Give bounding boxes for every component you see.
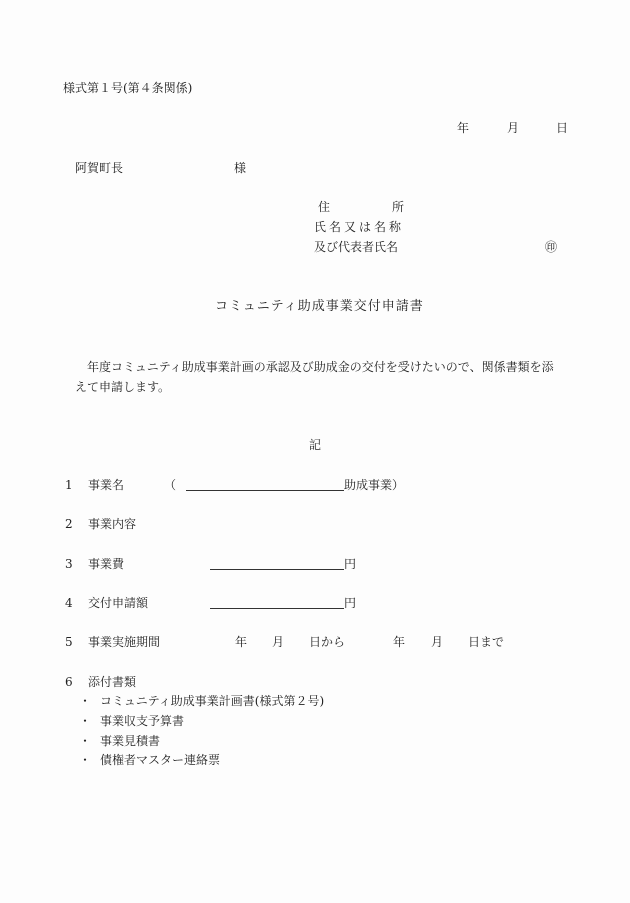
item-5-label: 事業実施期間 <box>88 634 160 650</box>
date-day-label: 日 <box>556 120 568 136</box>
item-5-number: 5 <box>65 634 73 650</box>
bullet-icon: ・ <box>79 733 91 749</box>
addressee-honorific: 様 <box>234 160 246 176</box>
item-1-label: 事業名 <box>88 477 124 493</box>
bullet-icon: ・ <box>79 693 91 709</box>
bullet-icon: ・ <box>79 752 91 768</box>
item-1-open-paren: （ <box>164 477 176 493</box>
ki-label: 記 <box>309 437 321 453</box>
addressee-name: 阿賀町長 <box>75 160 123 176</box>
item-4-label: 交付申請額 <box>88 595 148 611</box>
item-1-number: 1 <box>65 477 73 493</box>
item-4-suffix: 円 <box>344 595 356 611</box>
date-year-label: 年 <box>457 120 469 136</box>
grant-amount-field[interactable] <box>210 608 344 609</box>
project-name-field[interactable] <box>186 490 344 491</box>
item-2-number: 2 <box>65 516 73 532</box>
bullet-icon: ・ <box>79 713 91 729</box>
attachment-item: 事業収支予算書 <box>100 713 184 729</box>
project-cost-field[interactable] <box>210 569 344 570</box>
address-label-1: 住 <box>318 199 330 215</box>
item-2-label: 事業内容 <box>88 516 136 532</box>
item-3-label: 事業費 <box>88 556 124 572</box>
attachment-item: 債権者マスター連絡票 <box>100 752 220 768</box>
period-from-day: 日から <box>309 634 345 650</box>
body-text-line-2: えて申請します。 <box>75 379 170 395</box>
body-text-line-1: 年度コミュニティ助成事業計画の承認及び助成金の交付を受けたいので、関係書類を添 <box>87 359 554 375</box>
attachment-item: コミュニティ助成事業計画書(様式第２号) <box>100 693 324 709</box>
period-to-day: 日まで <box>468 634 504 650</box>
item-3-number: 3 <box>65 556 73 572</box>
document-title: コミュニティ助成事業交付申請書 <box>215 299 424 315</box>
period-from-month: 月 <box>272 634 284 650</box>
seal-icon: ㊞ <box>545 239 557 255</box>
date-month-label: 月 <box>507 120 519 136</box>
representative-label: 及び代表者氏名 <box>314 239 398 255</box>
period-to-year: 年 <box>393 634 405 650</box>
period-to-month: 月 <box>431 634 443 650</box>
item-3-suffix: 円 <box>344 556 356 572</box>
address-label-2: 所 <box>392 199 404 215</box>
form-number: 様式第１号(第４条関係) <box>63 80 192 96</box>
item-6-label: 添付書類 <box>88 674 136 690</box>
item-6-number: 6 <box>65 674 73 690</box>
item-1-suffix: 助成事業） <box>344 477 404 493</box>
item-4-number: 4 <box>65 595 73 611</box>
period-from-year: 年 <box>235 634 247 650</box>
name-label: 氏名又は名称 <box>314 219 404 235</box>
attachment-item: 事業見積書 <box>100 733 160 749</box>
